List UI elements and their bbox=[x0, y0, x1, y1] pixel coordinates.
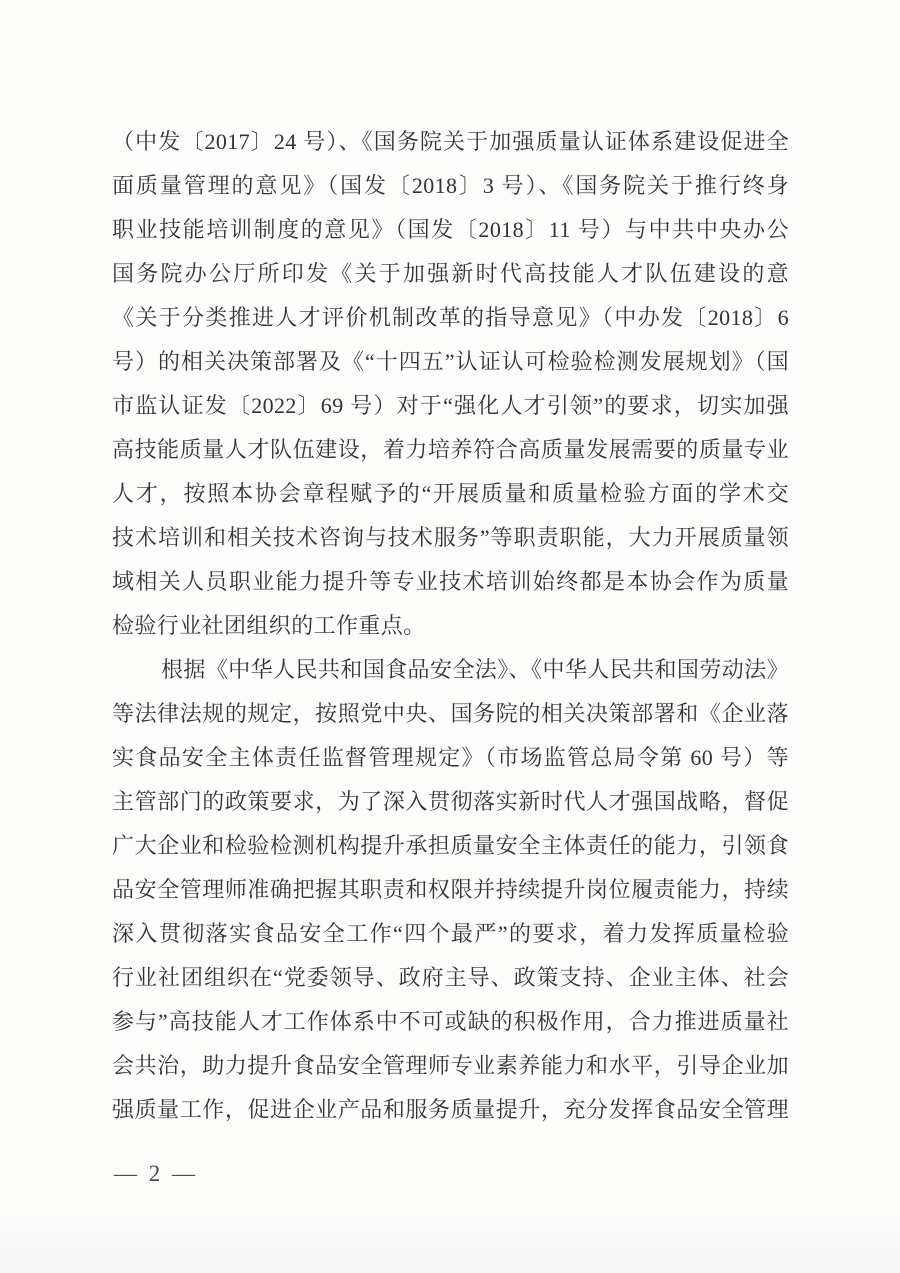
document-line: 人才，按照本协会章程赋予的“开展质量和质量检验方面的学术交流、 bbox=[112, 472, 789, 516]
document-line: 强质量工作，促进企业产品和服务质量提升，充分发挥食品安全管理 bbox=[112, 1088, 789, 1132]
document-line: 行业社团组织在“党委领导、政府主导、政策支持、企业主体、社会 bbox=[112, 956, 789, 1000]
document-line: 等法律法规的规定，按照党中央、国务院的相关决策部署和《企业落 bbox=[112, 692, 789, 736]
document-line: 面质量管理的意见》（国发〔2018〕3 号）、《国务院关于推行终身 bbox=[112, 164, 789, 208]
document-line: （中发〔2017〕24 号）、《国务院关于加强质量认证体系建设促进全 bbox=[112, 120, 789, 164]
document-line: 广大企业和检验检测机构提升承担质量安全主体责任的能力，引领食 bbox=[112, 824, 789, 868]
document-line: 主管部门的政策要求，为了深入贯彻落实新时代人才强国战略，督促 bbox=[112, 780, 789, 824]
page-number: — 2 — bbox=[114, 1158, 198, 1190]
document-page: （中发〔2017〕24 号）、《国务院关于加强质量认证体系建设促进全面质量管理的… bbox=[0, 0, 900, 1273]
document-line: 市监认证发〔2022〕69 号）对于“强化人才引领”的要求，切实加强 bbox=[112, 384, 789, 428]
document-line: 高技能质量人才队伍建设，着力培养符合高质量发展需要的质量专业 bbox=[112, 428, 789, 472]
document-line: 职业技能培训制度的意见》（国发〔2018〕11 号）与中共中央办公厅、 bbox=[112, 208, 789, 252]
document-line: 参与”高技能人才工作体系中不可或缺的积极作用，合力推进质量社 bbox=[112, 1000, 789, 1044]
document-line: 国务院办公厅所印发《关于加强新时代高技能人才队伍建设的意见》、 bbox=[112, 252, 789, 296]
document-line: 《关于分类推进人才评价机制改革的指导意见》（中办发〔2018〕6 bbox=[112, 296, 789, 340]
document-line: 根据《中华人民共和国食品安全法》、《中华人民共和国劳动法》 bbox=[112, 648, 789, 692]
document-line: 会共治，助力提升食品安全管理师专业素养能力和水平，引导企业加 bbox=[112, 1044, 789, 1088]
document-line: 深入贯彻落实食品安全工作“四个最严”的要求，着力发挥质量检验 bbox=[112, 912, 789, 956]
document-line: 品安全管理师准确把握其职责和权限并持续提升岗位履责能力，持续 bbox=[112, 868, 789, 912]
document-line: 域相关人员职业能力提升等专业技术培训始终都是本协会作为质量 bbox=[112, 560, 789, 604]
document-line: 技术培训和相关技术咨询与技术服务”等职责职能，大力开展质量领 bbox=[112, 516, 789, 560]
document-body: （中发〔2017〕24 号）、《国务院关于加强质量认证体系建设促进全面质量管理的… bbox=[112, 120, 789, 1132]
document-line: 检验行业社团组织的工作重点。 bbox=[112, 604, 789, 648]
document-line: 号）的相关决策部署及《“十四五”认证认可检验检测发展规划》（国 bbox=[112, 340, 789, 384]
document-line: 实食品安全主体责任监督管理规定》（市场监管总局令第 60 号）等 bbox=[112, 736, 789, 780]
